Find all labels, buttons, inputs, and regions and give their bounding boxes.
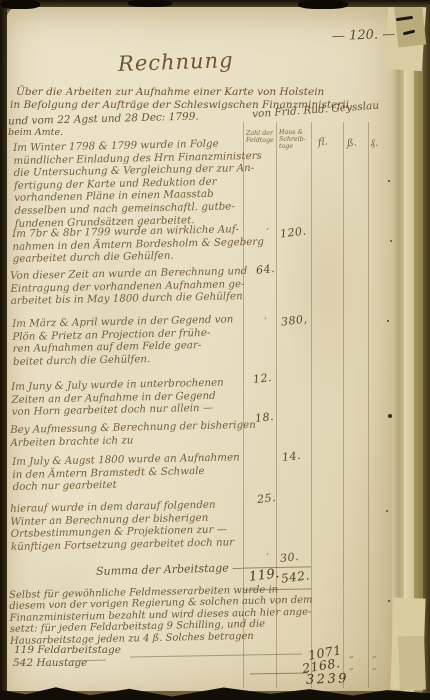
table-column-rule xyxy=(368,122,369,688)
entry-paragraph: hierauf wurde in dem darauf folgenden Wi… xyxy=(10,498,234,553)
entry-paragraph: Bey Aufmessung & Berechnung der bisherig… xyxy=(10,419,256,449)
ditto-mark: „ xyxy=(372,662,377,672)
currency-header-pfennig: ₰. xyxy=(369,138,378,150)
foxing-specks xyxy=(388,180,390,182)
intro-line: Über die Arbeiten zur Aufnahme einer Kar… xyxy=(16,86,324,99)
entry-paragraph: Im 7br & 8br 1799 wurde an wirkliche Auf… xyxy=(12,223,264,266)
column-header-house-days: Haus & Schreib- tage xyxy=(279,129,306,150)
table-column-rule xyxy=(343,122,344,688)
tick-mark: ’ xyxy=(266,228,269,238)
ditto-mark: „ xyxy=(372,650,377,660)
page-edge-band xyxy=(423,0,430,700)
document-title: Rechnung xyxy=(118,48,234,76)
ink-blot xyxy=(0,0,40,9)
page-edge-band xyxy=(392,0,404,700)
amount-field-days: 25. xyxy=(256,491,276,506)
amount-house-days: 30. xyxy=(279,550,299,565)
currency-header-florin: fl. xyxy=(317,137,328,149)
currency-header-schilling: ß. xyxy=(346,138,357,150)
entry-paragraph: Im Winter 1798 & 1799 wurde in Folge mün… xyxy=(13,137,263,230)
entry-paragraph: Im März & April wurde in der Gegend von … xyxy=(12,313,234,368)
amount-house-days: 14. xyxy=(281,449,301,464)
closing-paragraph: Selbst für gewöhnliche Feldmesserarbeite… xyxy=(9,583,340,647)
grand-total: 3239 xyxy=(306,671,350,687)
underlying-page-corner xyxy=(394,1,426,48)
tick-mark: ’ xyxy=(266,553,269,563)
footer-field-days: 119 Feldarbeitstage xyxy=(14,644,121,656)
scan-dark-edge-left xyxy=(0,0,7,700)
intro-line: beim Amte. xyxy=(8,127,63,138)
ink-blot xyxy=(128,0,172,7)
page-edge-band xyxy=(404,0,414,700)
footer-house-days: 542 Haustage xyxy=(13,657,87,669)
amount-field-days: 64. xyxy=(255,262,275,277)
amount-field-days: 18. xyxy=(254,410,274,425)
folio-number: — 120. — xyxy=(332,27,396,44)
scan-dark-edge-top xyxy=(0,0,430,7)
ink-blot xyxy=(298,0,348,9)
page-edge-band xyxy=(414,0,423,700)
ditto-mark: „ xyxy=(349,650,354,660)
amount-field-days: 12. xyxy=(252,371,272,386)
underlying-page-corner xyxy=(398,636,426,691)
entry-paragraph: Von dieser Zeit an wurde an Berechnung u… xyxy=(10,265,248,308)
manuscript-scan: — 120. — Rechnung Über die Arbeiten zur … xyxy=(0,0,430,700)
entry-paragraph: Im July & Augst 1800 wurde an Aufnahmen … xyxy=(12,451,240,494)
ditto-mark: „ xyxy=(349,662,354,672)
entry-paragraph: Im Juny & July wurde in unterbrochenen Z… xyxy=(11,377,224,419)
tick-mark: ’ xyxy=(264,317,267,327)
